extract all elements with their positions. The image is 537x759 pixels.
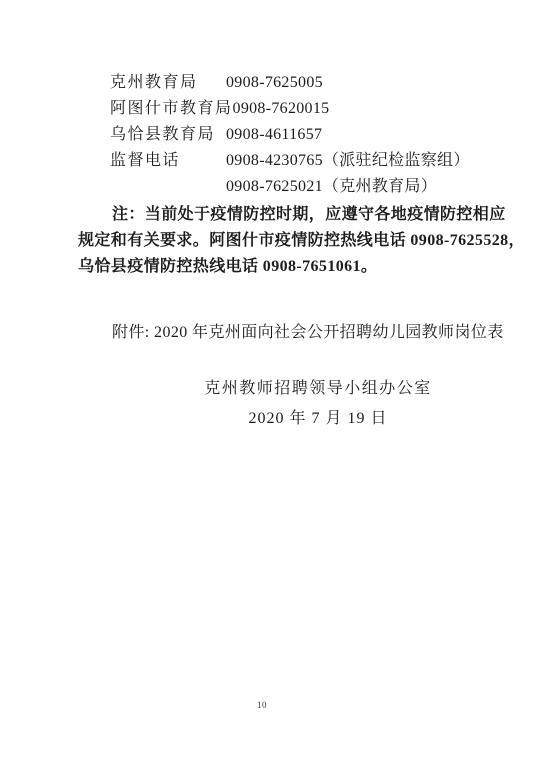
contact-label: 监督电话	[110, 148, 226, 174]
contact-label: 克州教育局	[110, 70, 226, 96]
contact-number: 0908-7625021（克州教育局）	[226, 174, 437, 200]
contact-number: 0908-4230765（派驻纪检监察组）	[226, 148, 470, 174]
signature-block: 克州教师招聘领导小组办公室 2020 年 7 月 19 日	[182, 376, 454, 432]
document-content: 克州教育局 0908-7625005 阿图什市教育局 0908-7620015 …	[0, 0, 537, 432]
contact-label	[110, 174, 226, 200]
signature-date: 2020 年 7 月 19 日	[182, 406, 454, 432]
contact-phone-list: 克州教育局 0908-7625005 阿图什市教育局 0908-7620015 …	[110, 70, 469, 200]
attachment-line: 附件: 2020 年克州面向社会公开招聘幼儿园教师岗位表	[78, 320, 469, 346]
contact-row: 乌恰县教育局 0908-4611657	[110, 122, 469, 148]
document-page: 克州教育局 0908-7625005 阿图什市教育局 0908-7620015 …	[0, 0, 537, 759]
contact-number: 0908-4611657	[226, 122, 322, 148]
contact-label: 阿图什市教育局	[110, 96, 233, 122]
contact-number: 0908-7625005	[226, 70, 323, 96]
contact-row: 0908-7625021（克州教育局）	[110, 174, 469, 200]
note-line: 规定和有关要求。阿图什市疫情防控热线电话 0908-7625528，	[78, 228, 469, 254]
epidemic-note-paragraph: 注：当前处于疫情防控时期，应遵守各地疫情防控相应 规定和有关要求。阿图什市疫情防…	[78, 202, 469, 280]
note-line: 乌恰县疫情防控热线电话 0908-7651061。	[78, 254, 469, 280]
contact-row: 阿图什市教育局 0908-7620015	[110, 96, 469, 122]
contact-row: 监督电话 0908-4230765（派驻纪检监察组）	[110, 148, 469, 174]
contact-number: 0908-7620015	[233, 96, 330, 122]
contact-label: 乌恰县教育局	[110, 122, 226, 148]
signature-org: 克州教师招聘领导小组办公室	[182, 376, 454, 402]
page-number: 10	[0, 700, 524, 710]
contact-row: 克州教育局 0908-7625005	[110, 70, 469, 96]
note-line: 注：当前处于疫情防控时期，应遵守各地疫情防控相应	[78, 202, 469, 228]
